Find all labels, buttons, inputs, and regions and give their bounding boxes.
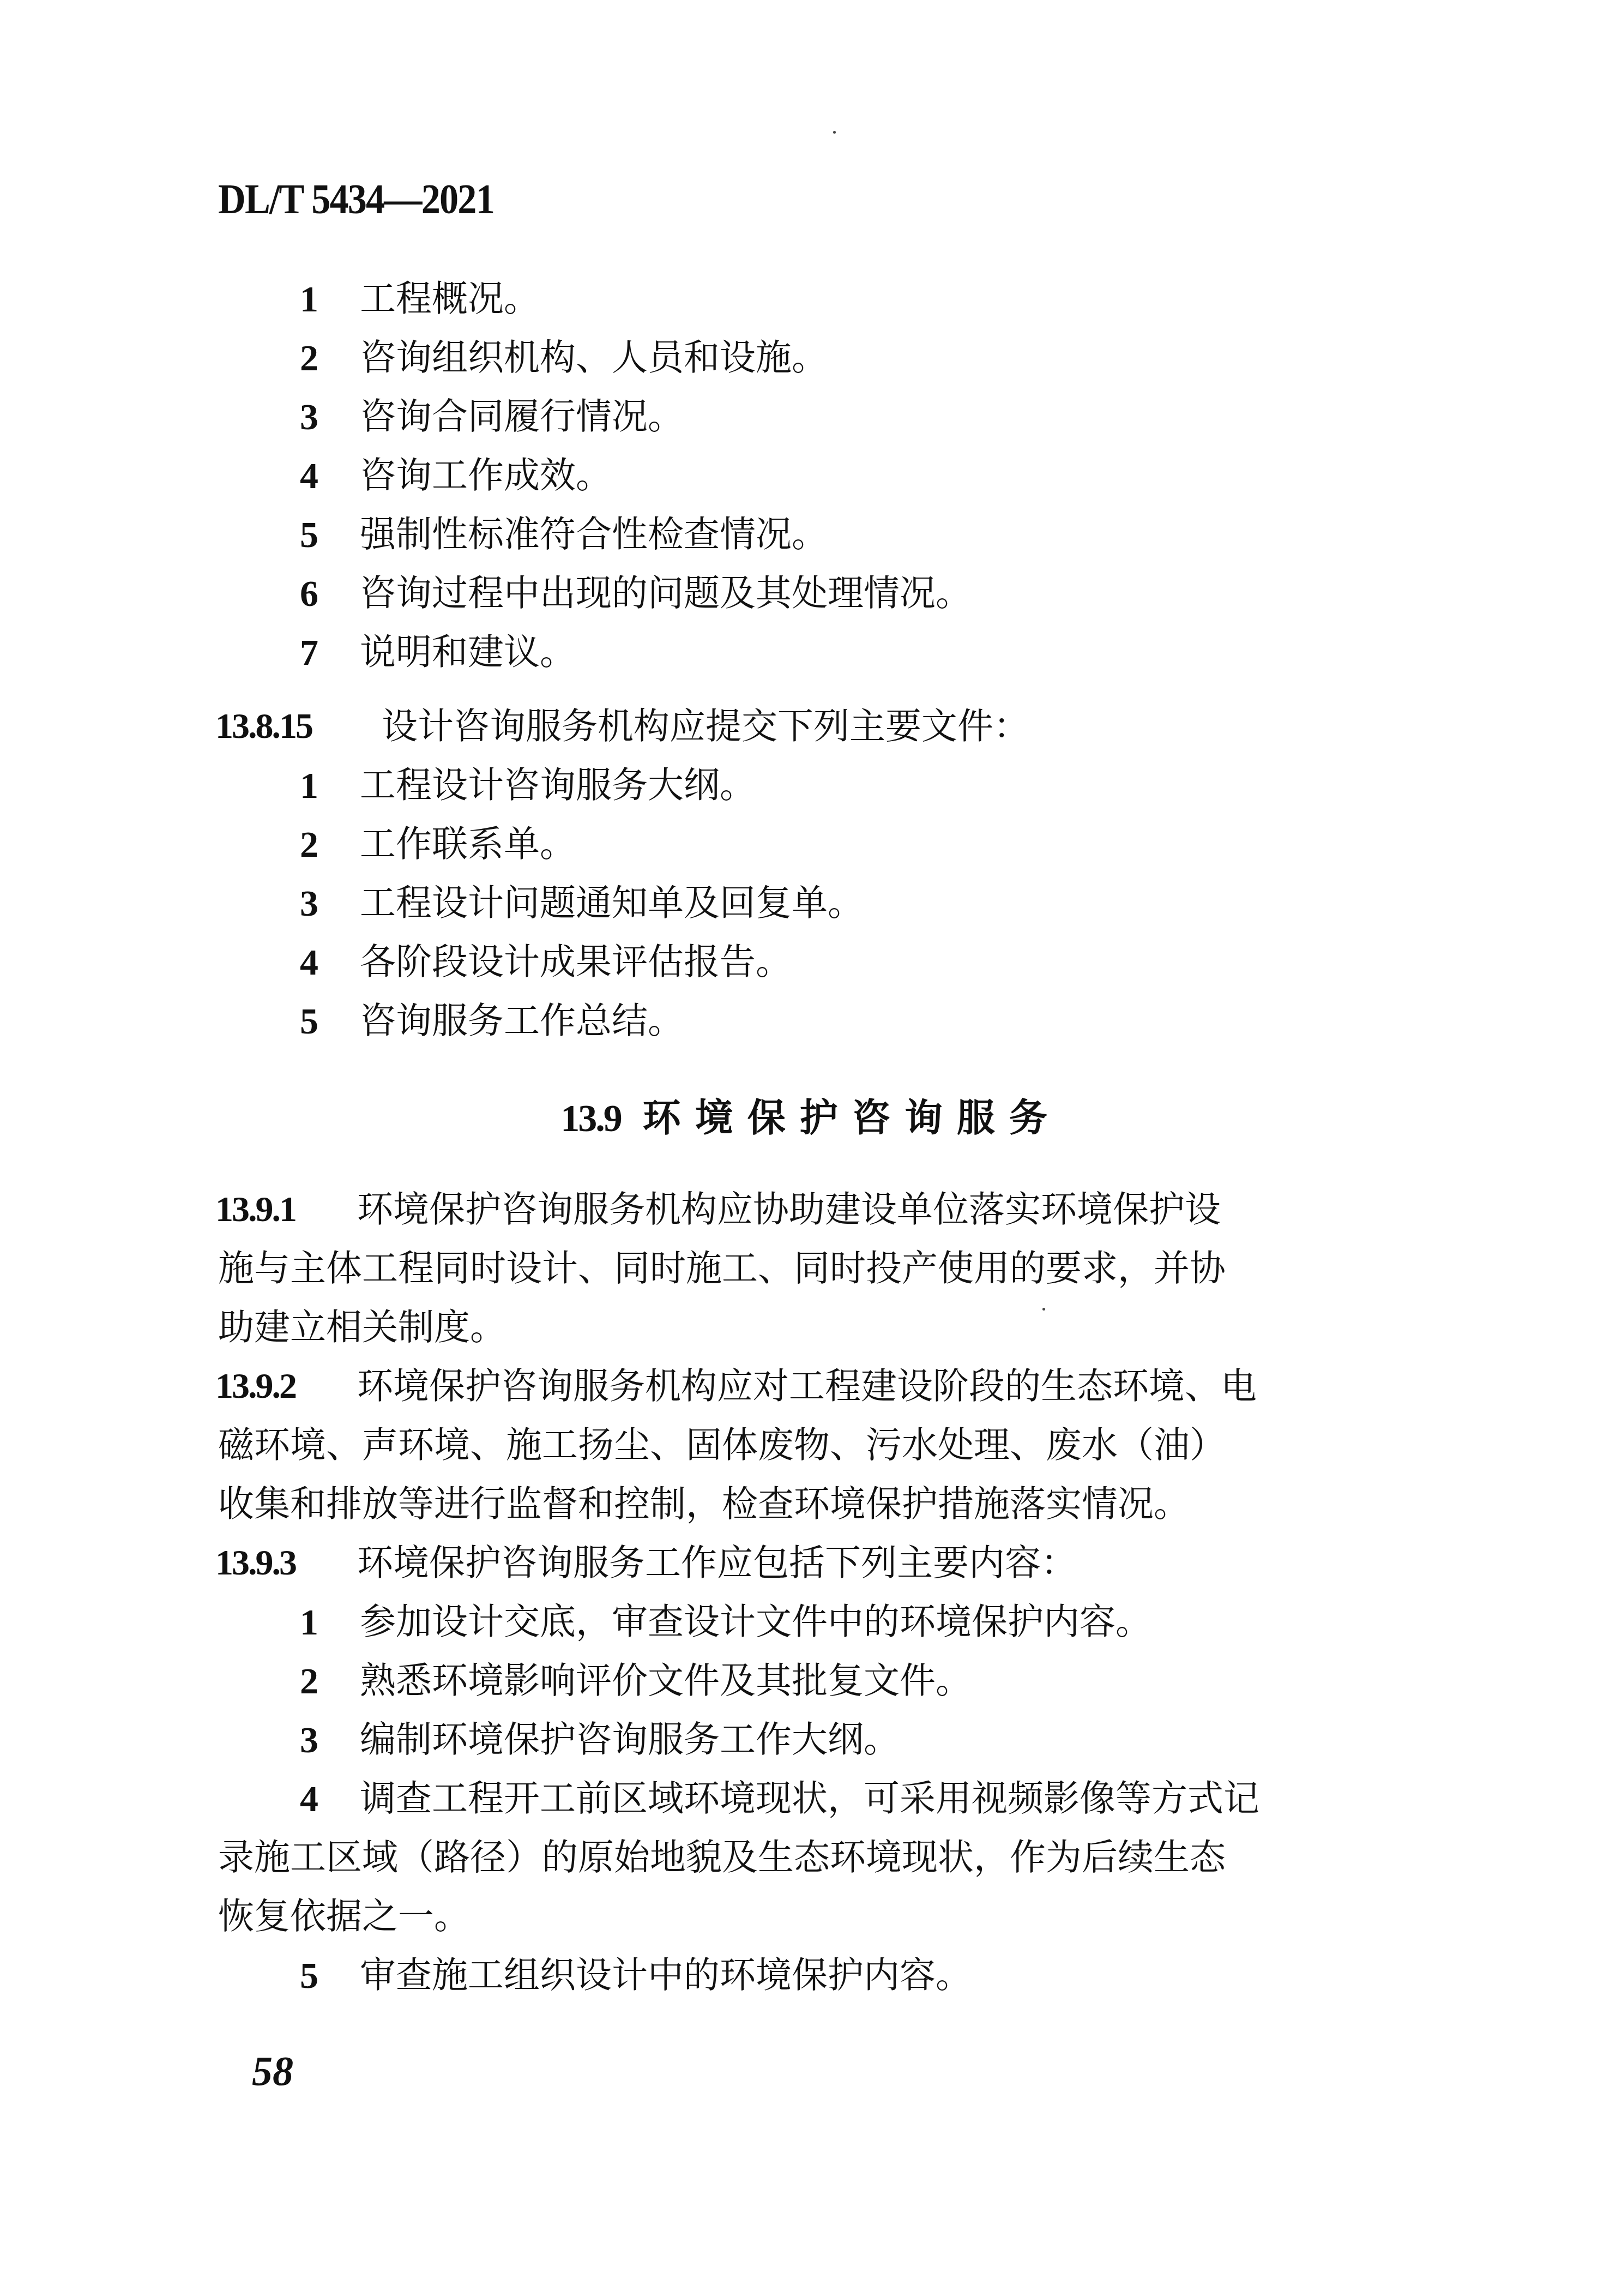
list-item-number: 7 <box>300 630 318 674</box>
list-item-number: 1 <box>300 764 318 807</box>
list-item-text: 咨询服务工作总结。 <box>360 999 684 1043</box>
list-item-text: 熟悉环境影响评价文件及其批复文件。 <box>360 1659 972 1703</box>
clause-number: 13.9.3 <box>215 1541 296 1585</box>
list-item-number: 4 <box>300 940 318 984</box>
list-item-number: 4 <box>300 1777 318 1820</box>
list-item-number: 3 <box>300 881 318 925</box>
list-item-number: 1 <box>300 1600 318 1644</box>
list-item-number: 5 <box>300 513 318 556</box>
clause-number: 13.9.1 <box>215 1188 296 1231</box>
list-item-text-continued: 录施工区域（路径）的原始地貌及生态环境现状，作为后续生态 <box>218 1836 1226 1879</box>
list-item-number: 2 <box>300 336 318 380</box>
clause-text: 设计咨询服务机构应提交下列主要文件： <box>382 705 1029 748</box>
list-item-number: 5 <box>300 999 318 1043</box>
section-number: 13.9 <box>560 1098 621 1140</box>
list-item-text-continued: 恢复依据之一。 <box>218 1895 470 1938</box>
list-item-text: 审查施工组织设计中的环境保护内容。 <box>360 1954 972 1997</box>
list-item-text: 说明和建议。 <box>360 630 576 674</box>
list-item-text: 各阶段设计成果评估报告。 <box>360 940 792 984</box>
list-item-number: 6 <box>300 572 318 615</box>
list-item-text: 工作联系单。 <box>360 822 576 866</box>
list-item-number: 1 <box>300 277 318 321</box>
clause-line: 环境保护咨询服务机构应协助建设单位落实环境保护设 <box>357 1188 1221 1231</box>
list-item-number: 3 <box>300 1718 318 1762</box>
clause-number: 13.9.2 <box>215 1365 296 1408</box>
list-item-text: 参加设计交底，审查设计文件中的环境保护内容。 <box>360 1600 1151 1644</box>
section-heading: 13.9环境保护咨询服务 <box>0 1093 1622 1144</box>
list-item-number: 2 <box>300 1659 318 1703</box>
clause-line: 环境保护咨询服务机构应对工程建设阶段的生态环境、电 <box>357 1365 1257 1408</box>
list-item-text: 工程设计咨询服务大纲。 <box>360 764 756 807</box>
clause-line: 助建立相关制度。 <box>218 1306 506 1349</box>
document-page: DL/T 5434—2021 1 工程概况。 2 咨询组织机构、人员和设施。 3… <box>0 0 1622 2296</box>
page-number: 58 <box>252 2048 293 2095</box>
list-item-number: 4 <box>300 454 318 497</box>
scan-speck <box>833 131 836 134</box>
list-item-text: 咨询过程中出现的问题及其处理情况。 <box>360 572 972 615</box>
document-code: DL/T 5434—2021 <box>218 175 494 224</box>
scan-speck <box>1042 1308 1045 1311</box>
clause-line: 收集和排放等进行监督和控制，检查环境保护措施落实情况。 <box>218 1482 1190 1526</box>
clause-line: 施与主体工程同时设计、同时施工、同时投产使用的要求，并协 <box>218 1247 1226 1290</box>
list-item-number: 5 <box>300 1954 318 1997</box>
list-item-text: 编制环境保护咨询服务工作大纲。 <box>360 1718 900 1762</box>
list-item-text: 咨询工作成效。 <box>360 454 612 497</box>
list-item-number: 3 <box>300 395 318 438</box>
section-title-text: 环境保护咨询服务 <box>643 1096 1062 1140</box>
clause-number: 13.8.15 <box>215 705 312 748</box>
list-item-text: 工程设计问题通知单及回复单。 <box>360 881 864 925</box>
list-item-number: 2 <box>300 822 318 866</box>
list-item-text: 工程概况。 <box>360 277 540 321</box>
list-item-text: 强制性标准符合性检查情况。 <box>360 513 828 556</box>
list-item-text: 调查工程开工前区域环境现状，可采用视频影像等方式记 <box>360 1777 1259 1820</box>
clause-text: 环境保护咨询服务工作应包括下列主要内容： <box>357 1541 1077 1585</box>
list-item-text: 咨询组织机构、人员和设施。 <box>360 336 828 380</box>
list-item-text: 咨询合同履行情况。 <box>360 395 684 438</box>
clause-line: 磁环境、声环境、施工扬尘、固体废物、污水处理、废水（油） <box>218 1423 1226 1467</box>
